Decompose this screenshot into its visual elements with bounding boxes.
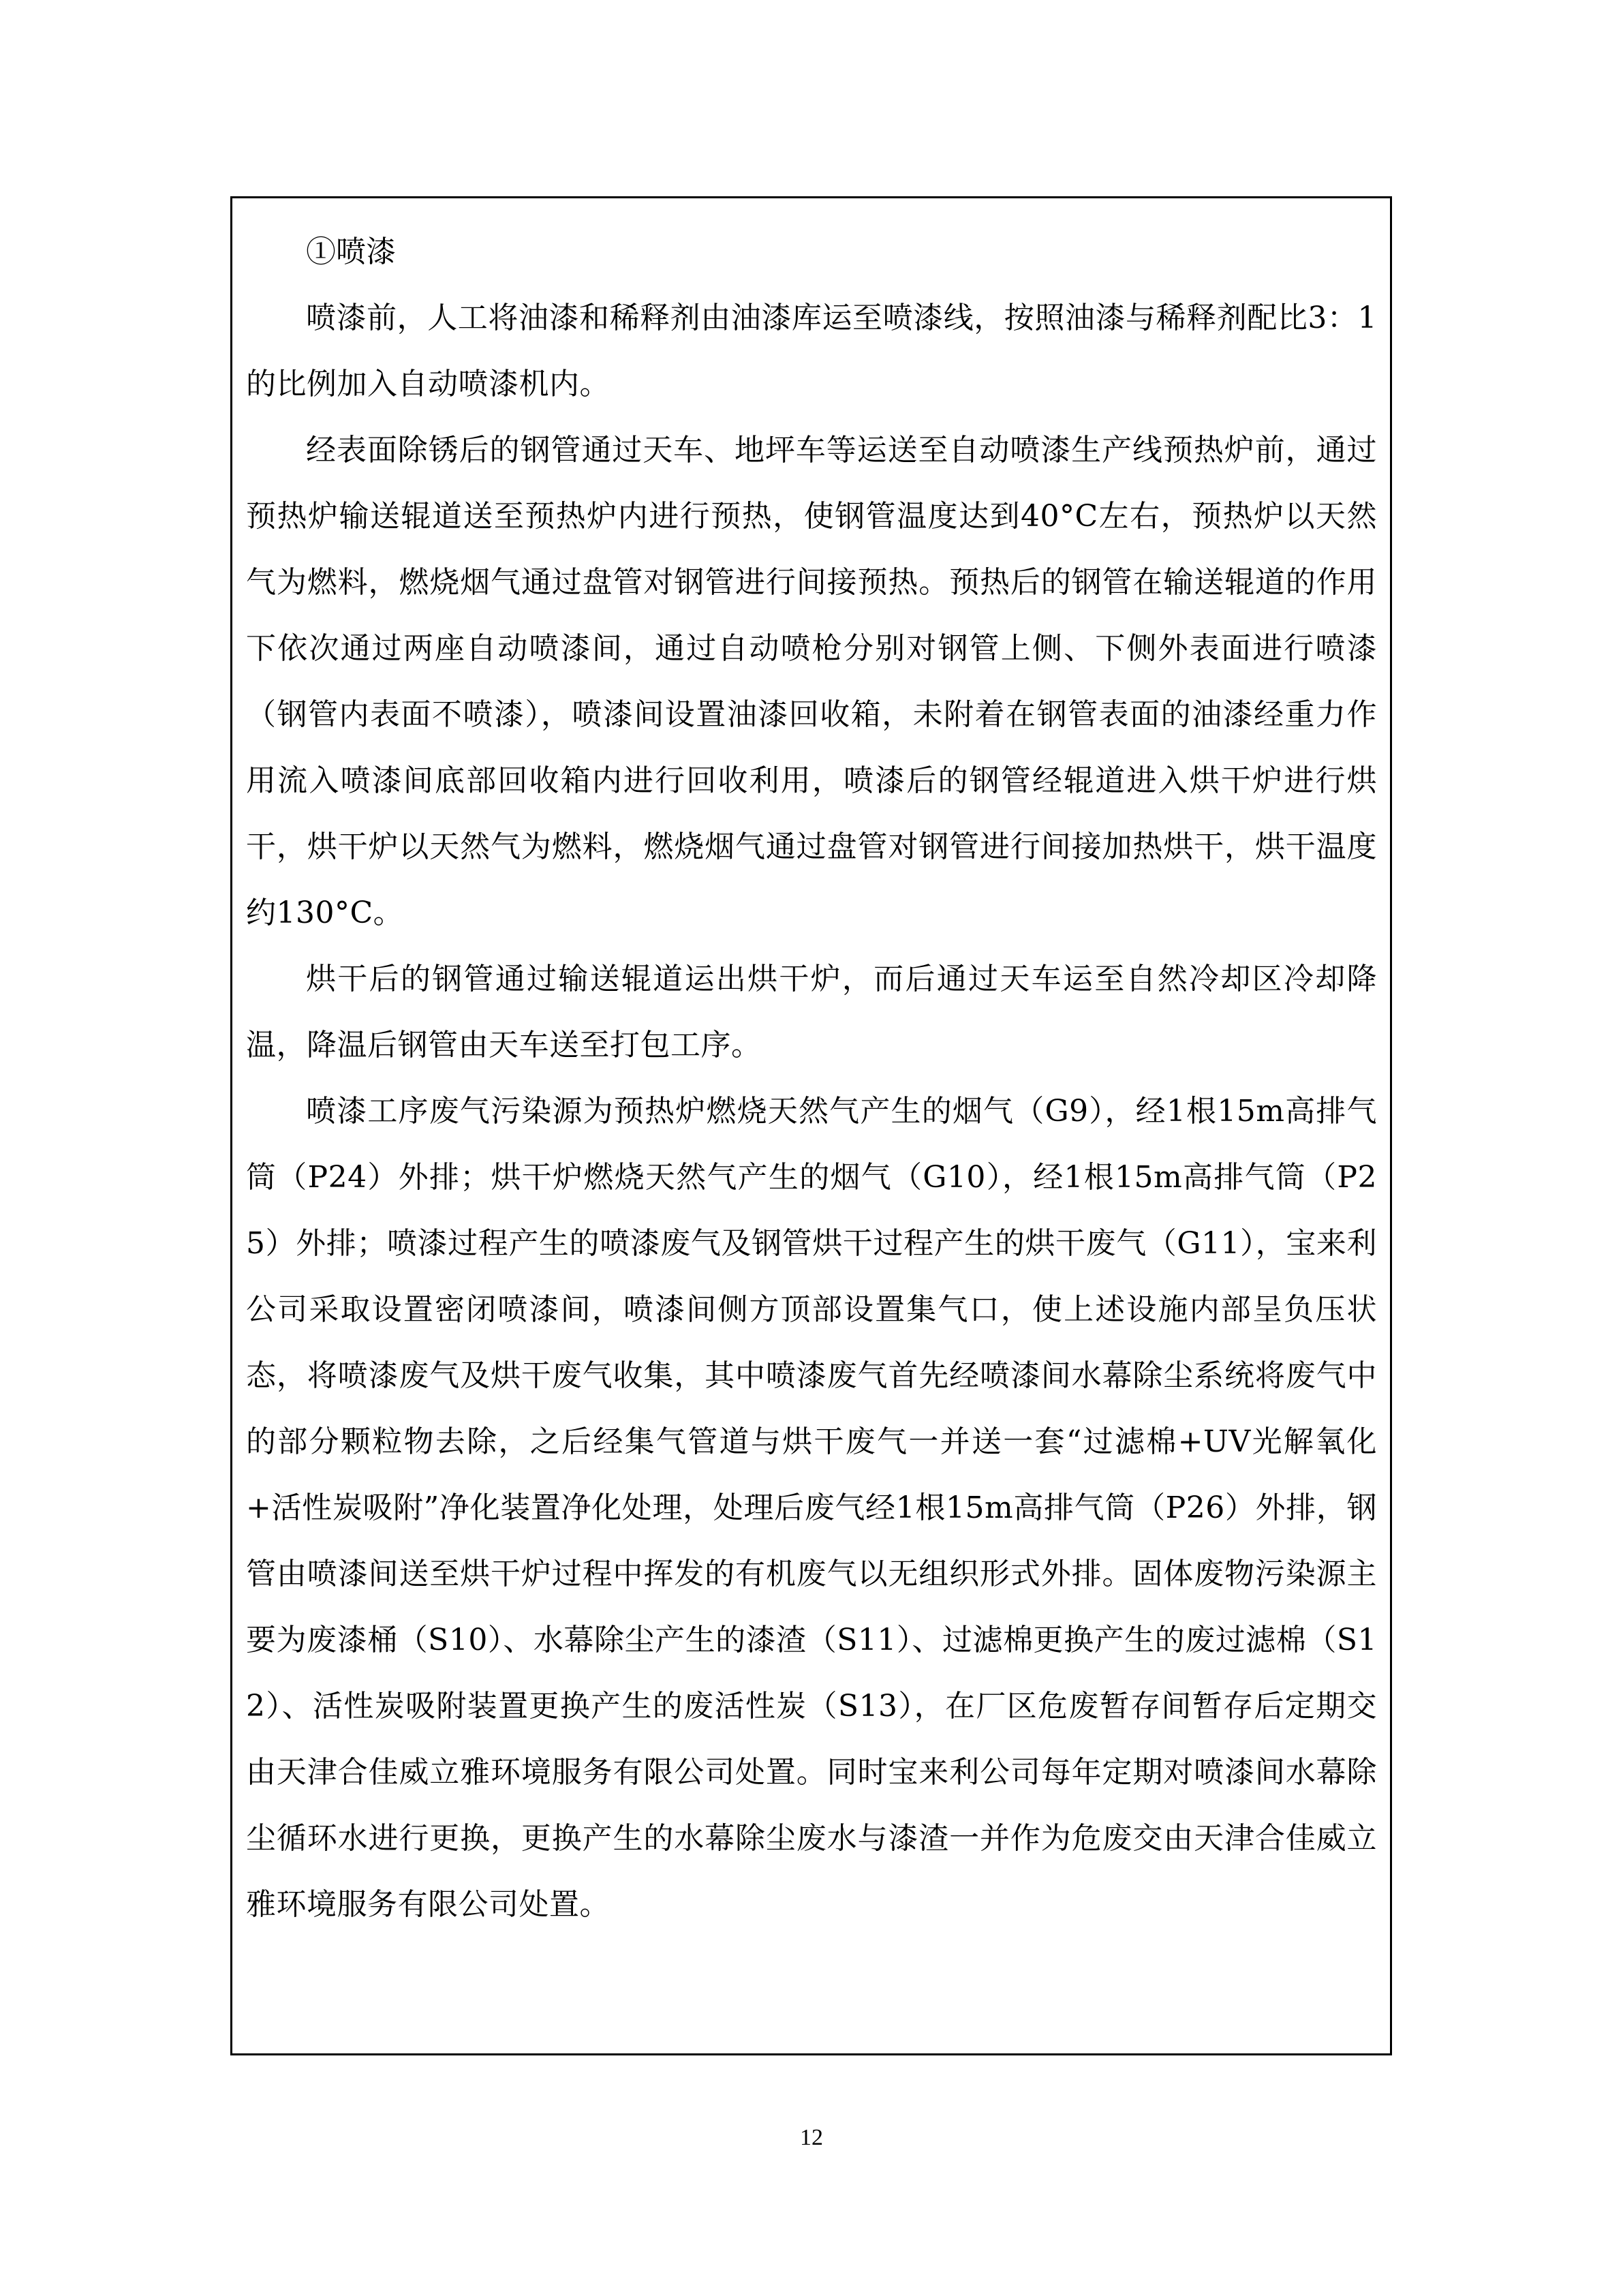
document-body: ①喷漆 喷漆前，人工将油漆和稀释剂由油漆库运至喷漆线，按照油漆与稀释剂配比3：1…	[246, 219, 1377, 1938]
content-table-cell: ①喷漆 喷漆前，人工将油漆和稀释剂由油漆库运至喷漆线，按照油漆与稀释剂配比3：1…	[230, 196, 1392, 2055]
paragraph-paint-preparation: 喷漆前，人工将油漆和稀释剂由油漆库运至喷漆线，按照油漆与稀释剂配比3：1的比例加…	[246, 285, 1377, 417]
page-number: 12	[0, 2125, 1623, 2151]
paragraph-pollution-sources: 喷漆工序废气污染源为预热炉燃烧天然气产生的烟气（G9），经1根15m高排气筒（P…	[246, 1078, 1377, 1938]
paragraph-cooling-packing: 烘干后的钢管通过输送辊道运出烘干炉，而后通过天车运至自然冷却区冷却降温，降温后钢…	[246, 946, 1377, 1078]
paragraph-preheat-spray-dry: 经表面除锈后的钢管通过天车、地坪车等运送至自动喷漆生产线预热炉前，通过预热炉输送…	[246, 417, 1377, 946]
section-heading: ①喷漆	[246, 219, 1377, 285]
